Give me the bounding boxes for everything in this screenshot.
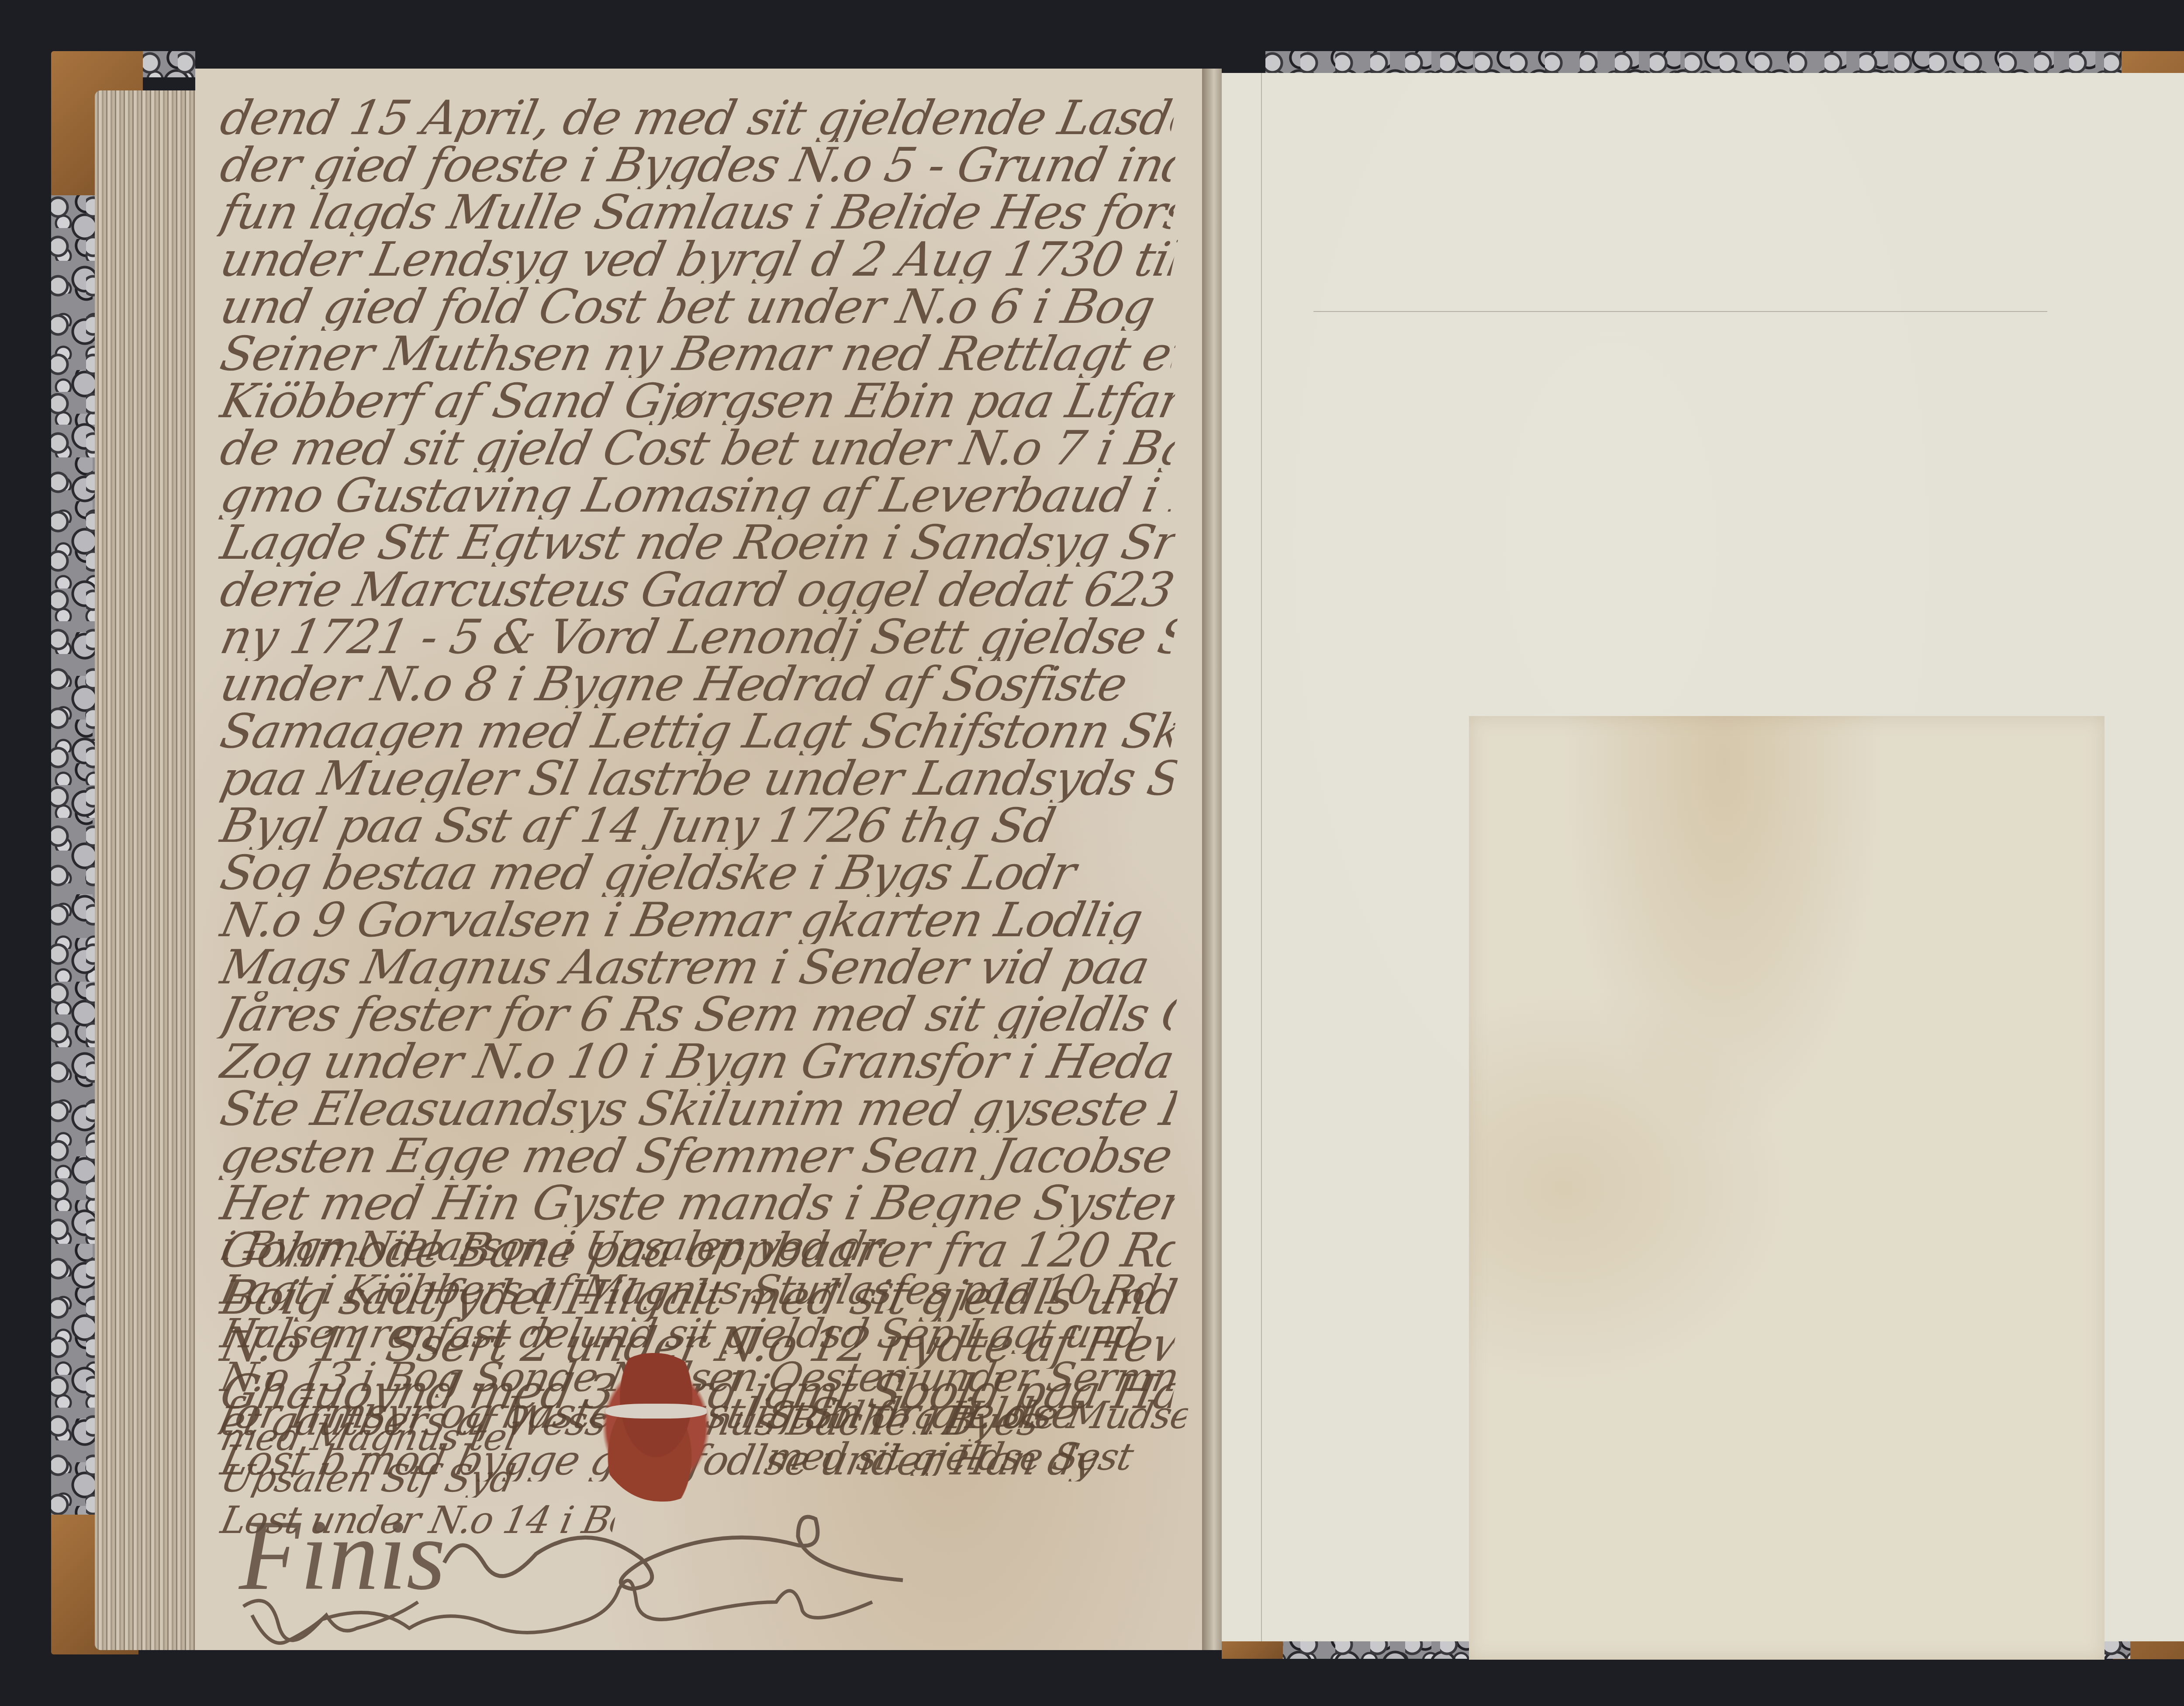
manuscript-line: Lagde Stt Egtwst nde Roein i Sandsyg Sr	[217, 519, 1179, 567]
manuscript-line: N.o 9 Gorvalsen i Bemar gkarten Lodlig	[217, 897, 1179, 944]
calligraphic-flourish-icon	[235, 1493, 1152, 1668]
manuscript-line: gmo Gustaving Lomasing af Leverbaud i Ly…	[217, 472, 1179, 519]
manuscript-line: de med sit gjeld Cost bet under N.o 7 i …	[217, 425, 1179, 472]
book: dend 15 April, de med sit gjeldende Lasd…	[51, 51, 2184, 1659]
manuscript-line: Halsen renfast delund sit gjeldsd Sep La…	[217, 1314, 1187, 1354]
manuscript-line: Stabl fr g H. ole Mudsen	[764, 1397, 1191, 1434]
manuscript-line: Kiöbberf af Sand Gjørgsen Ebin paa Ltfar	[217, 378, 1179, 425]
marbled-cover-top-left	[143, 51, 195, 77]
manuscript-line: med sit gjeldse Sest	[764, 1438, 1191, 1476]
manuscript-line: Mags Magnus Aastrem i Sender vid paa	[217, 944, 1179, 991]
manuscript-line: der gied foeste i Bygdes N.o 5 - Grund i…	[217, 142, 1179, 189]
manuscript-line: ny 1721 - 5 & Vord Lenondj Sett gjeldse …	[217, 614, 1179, 661]
manuscript-line: Upsalen Stf Syd	[218, 1460, 619, 1498]
manuscript-line: Samaagen med Lettig Lagt Schifstonn Skif…	[217, 708, 1179, 755]
manuscript-line: dend 15 April, de med sit gjeldende Lasd…	[217, 95, 1179, 142]
manuscript-line: fun lagds Mulle Samlaus i Belide Hes for…	[217, 189, 1179, 236]
manuscript-bottom-right-column: Stabl fr g H. ole Mudsen med sit gjeldse…	[767, 1397, 1187, 1493]
manuscript-line: Lagt i Kiöbbers af Magnus Sturlasfes paa…	[217, 1270, 1187, 1310]
manuscript-line: under N.o 8 i Bygne Hedrad af Sosfiste	[217, 661, 1179, 708]
manuscript-line: Sog bestaa med gjeldske i Bygs Lodr	[217, 850, 1179, 897]
pasted-paper-slip	[1469, 716, 2105, 1660]
manuscript-line: Bygl paa Sst af 14 Juny 1726 thg Sd	[217, 803, 1179, 850]
gutter	[1202, 69, 1222, 1650]
manuscript-line: under Lendsyg ved byrgl d 2 Aug 1730 til	[217, 236, 1179, 284]
manuscript-line: Jåres fester for 6 Rs Sem med sit gjeldl…	[217, 991, 1179, 1038]
manuscript-line: Zog under N.o 10 i Bygn Gransfor i Hedar	[217, 1038, 1179, 1086]
marbled-cover-left	[51, 195, 99, 1515]
manuscript-line: derie Marcusteus Gaard oggel dedat 623	[217, 567, 1179, 614]
right-endpaper-page	[1222, 73, 2184, 1641]
manuscript-line: gesten Egge med Sfemmer Sean Jacobsen i …	[217, 1133, 1179, 1180]
manuscript-line: i Bygn Nielasson i Upsalen ved dr	[217, 1226, 1187, 1267]
manuscript-text-block: dend 15 April, de med sit gjeldende Lasd…	[221, 95, 1174, 1405]
manuscript-line: Seiner Muthsen ny Bemar ned Rettlagt et	[217, 331, 1179, 378]
endpaper-ruled-line	[1313, 311, 2047, 312]
manuscript-line: med Magnus tel	[218, 1419, 619, 1456]
manuscript-line: und gied fold Cost bet under N.o 6 i Bog	[217, 284, 1179, 331]
manuscript-line: paa Muegler Sl lastrbe under Landsyds Sa…	[217, 755, 1179, 803]
endpaper-hinge-fold	[1261, 73, 1262, 1641]
manuscript-line: Ste Eleasuandsys Skilunim med gyseste La…	[217, 1086, 1179, 1133]
